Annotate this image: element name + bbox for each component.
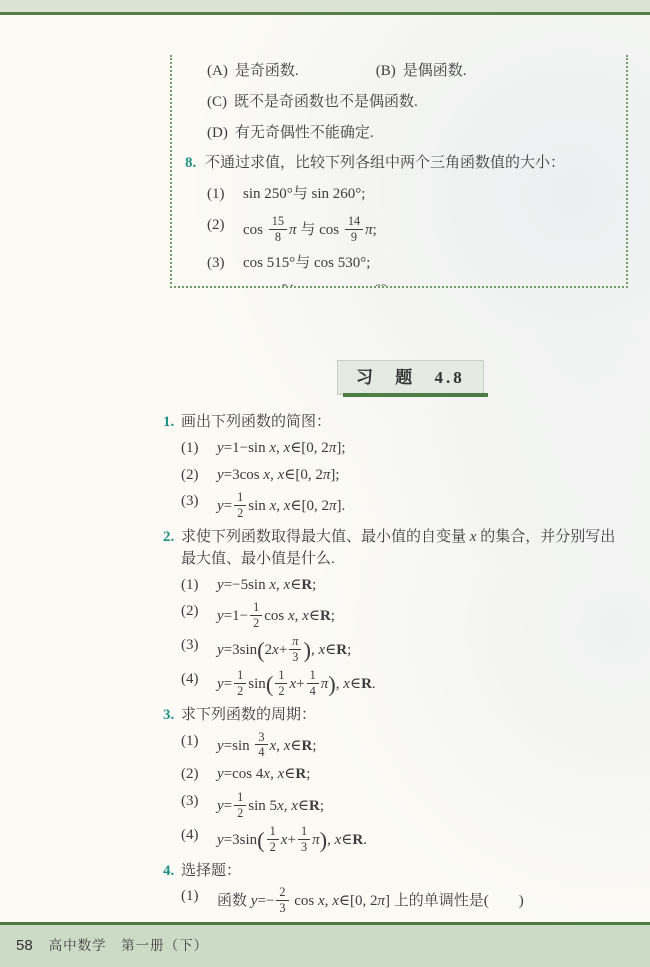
item-math: y=−5sin x, x∈R;: [217, 575, 316, 597]
option-d-label: (D): [207, 125, 228, 141]
item-math: y=3sin(12x+13π), x∈R.: [217, 825, 367, 854]
problem-2-item-2: (2) y=1−12cos x, x∈R;: [181, 601, 630, 630]
problem-1-item-3: (3) y=12sin x, x∈[0, 2π].: [181, 491, 630, 520]
problem-2-item-3: (3) y=3sin(2x+π3), x∈R;: [181, 635, 630, 664]
item-math: y=1−sin x, x∈[0, 2π];: [217, 438, 346, 460]
section-header: 习 题 4.8: [337, 360, 484, 395]
exercise-box: (A)是奇函数. (B)是偶函数. (C)既不是奇函数也不是偶函数. (D)有无…: [170, 55, 628, 288]
problem-3: 3. 求下列函数的周期： (1) y=sin 34x, x∈R; (2) y=c…: [163, 705, 630, 854]
option-a-text: 是奇函数.: [235, 63, 299, 79]
option-d-text: 有无奇偶性不能确定.: [235, 125, 374, 141]
item-label: (3): [181, 635, 217, 664]
item-label: (2): [181, 764, 217, 786]
problem-2-number: 2.: [163, 527, 181, 571]
top-strip: [0, 0, 650, 15]
option-b-label: (B): [376, 63, 396, 79]
problem-1-item-2: (2) y=3cos x, x∈[0, 2π];: [181, 465, 630, 487]
item-label: (3): [181, 791, 217, 820]
problem-1-head: 1. 画出下列函数的简图：: [163, 412, 630, 434]
option-c-label: (C): [207, 94, 227, 110]
page-number: 58: [16, 935, 33, 957]
item-math: y=cos 4x, x∈R;: [217, 764, 310, 786]
section-header-label: 习 题 4.8: [356, 368, 465, 387]
item-math: y=12sin x, x∈[0, 2π].: [217, 491, 345, 520]
problem-2-text: 求使下列函数取得最大值、最小值的自变量 x 的集合，并分别写出最大值、最小值是什…: [181, 527, 630, 571]
item-math: 函数 y=−23 cos x, x∈[0, 2π] 上的单调性是( ): [217, 886, 524, 915]
item-label: (2): [207, 215, 243, 244]
problem-3-item-4: (4) y=3sin(12x+13π), x∈R.: [181, 825, 630, 854]
problem-8-item-3: (3) cos 515°与 cos 530°;: [207, 253, 620, 275]
item-label: (4): [207, 283, 243, 288]
problem-1-item-1: (1) y=1−sin x, x∈[0, 2π];: [181, 438, 630, 460]
item-label: (1): [181, 731, 217, 760]
problem-1-number: 1.: [163, 412, 181, 434]
problem-3-item-3: (3) y=12sin 5x, x∈R;: [181, 791, 630, 820]
item-math: y=3sin(2x+π3), x∈R;: [217, 635, 351, 664]
options-row-ab: (A)是奇函数. (B)是偶函数.: [207, 61, 620, 83]
book-title: 高中数学 第一册（下）: [49, 936, 209, 956]
footer: 58 高中数学 第一册（下）: [0, 925, 650, 967]
item-label: (1): [181, 438, 217, 460]
problem-list: 1. 画出下列函数的简图： (1) y=1−sin x, x∈[0, 2π]; …: [163, 412, 630, 922]
item-math: y=3cos x, x∈[0, 2π];: [217, 465, 340, 487]
option-b: (B)是偶函数.: [376, 63, 467, 79]
item-label: (3): [181, 491, 217, 520]
problem-2-item-1: (1) y=−5sin x, x∈R;: [181, 575, 630, 597]
item-math: y=1−12cos x, x∈R;: [217, 601, 335, 630]
problem-8-item-1: (1) sin 250°与 sin 260°;: [207, 184, 620, 206]
problem-4: 4. 选择题： (1) 函数 y=−23 cos x, x∈[0, 2π] 上的…: [163, 861, 630, 916]
item-math: sin(−547π) 与 sin(−638π).: [243, 283, 411, 288]
problem-2-head: 2. 求使下列函数取得最大值、最小值的自变量 x 的集合，并分别写出最大值、最小…: [163, 527, 630, 571]
item-math: cos 515°与 cos 530°;: [243, 253, 370, 275]
item-math: y=sin 34x, x∈R;: [217, 731, 317, 760]
problem-3-number: 3.: [163, 705, 181, 727]
option-a-label: (A): [207, 63, 228, 79]
problem-1-text: 画出下列函数的简图：: [181, 412, 630, 434]
problem-3-text: 求下列函数的周期：: [181, 705, 630, 727]
option-d: (D)有无奇偶性不能确定.: [207, 123, 620, 145]
option-b-text: 是偶函数.: [403, 63, 467, 79]
problem-3-item-2: (2) y=cos 4x, x∈R;: [181, 764, 630, 786]
item-label: (3): [207, 253, 243, 275]
problem-1: 1. 画出下列函数的简图： (1) y=1−sin x, x∈[0, 2π]; …: [163, 412, 630, 520]
item-label: (1): [207, 184, 243, 206]
option-a: (A)是奇函数.: [207, 61, 372, 83]
item-math: y=12sin 5x, x∈R;: [217, 791, 324, 820]
item-label: (4): [181, 825, 217, 854]
problem-4-number: 4.: [163, 861, 181, 883]
problem-2: 2. 求使下列函数取得最大值、最小值的自变量 x 的集合，并分别写出最大值、最小…: [163, 527, 630, 698]
item-math: y=12sin(12x+14π), x∈R.: [217, 669, 376, 698]
problem-8-head: 8. 不通过求值，比较下列各组中两个三角函数值的大小：: [185, 153, 620, 175]
item-math: cos 158π 与 cos 149π;: [243, 215, 377, 244]
item-label: (4): [181, 669, 217, 698]
problem-8-number: 8.: [185, 153, 205, 175]
problem-4-head: 4. 选择题：: [163, 861, 630, 883]
item-label: (2): [181, 601, 217, 630]
option-c-text: 既不是奇函数也不是偶函数.: [234, 94, 418, 110]
item-math: sin 250°与 sin 260°;: [243, 184, 365, 206]
problem-4-text: 选择题：: [181, 861, 630, 883]
problem-8-item-4: (4) sin(−547π) 与 sin(−638π).: [207, 283, 620, 288]
problem-2-item-4: (4) y=12sin(12x+14π), x∈R.: [181, 669, 630, 698]
item-label: (1): [181, 575, 217, 597]
problem-4-item-1: (1) 函数 y=−23 cos x, x∈[0, 2π] 上的单调性是( ): [181, 886, 630, 915]
item-label: (1): [181, 886, 217, 915]
option-c: (C)既不是奇函数也不是偶函数.: [207, 92, 620, 114]
textbook-page: (A)是奇函数. (B)是偶函数. (C)既不是奇函数也不是偶函数. (D)有无…: [0, 0, 650, 967]
problem-8-item-2: (2) cos 158π 与 cos 149π;: [207, 215, 620, 244]
problem-8-text: 不通过求值，比较下列各组中两个三角函数值的大小：: [205, 153, 620, 175]
problem-3-head: 3. 求下列函数的周期：: [163, 705, 630, 727]
item-label: (2): [181, 465, 217, 487]
problem-3-item-1: (1) y=sin 34x, x∈R;: [181, 731, 630, 760]
